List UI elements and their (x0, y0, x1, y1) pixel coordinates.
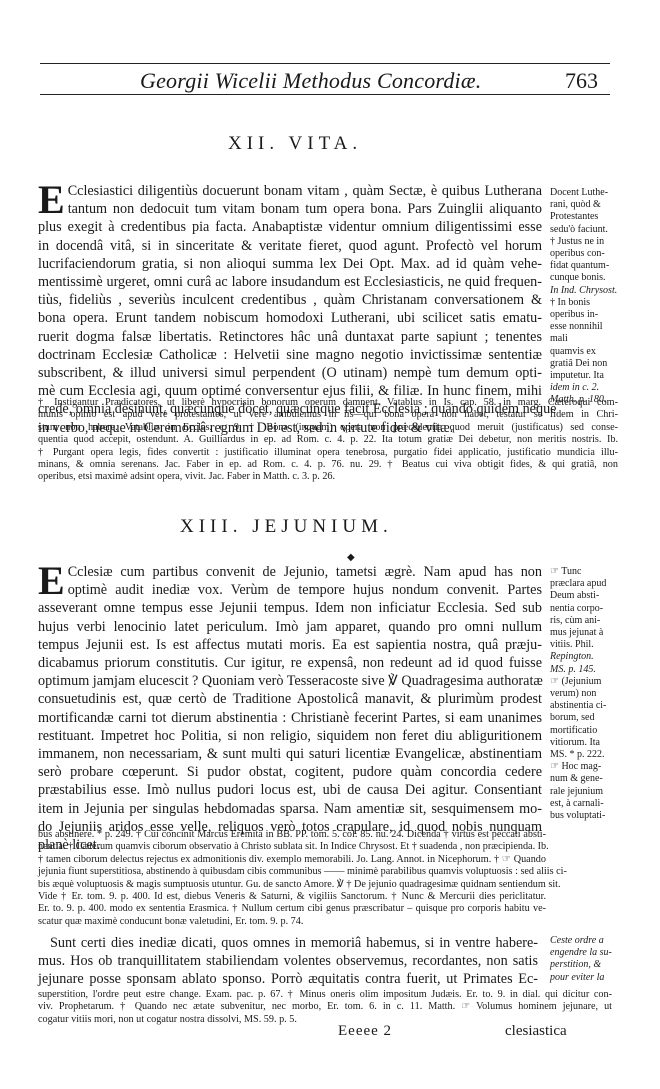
text-line: Sunt certi dies inediæ dicati, quos omne… (38, 934, 538, 952)
section-xii-footnotes: † Instigantur Prædicatores, ut liberè hy… (38, 397, 618, 484)
footnote-line: munis opinio est apud verè protestantes,… (38, 409, 618, 421)
footnote-line: Vide † Er. tom. 9. p. 400. Id est, diebu… (38, 891, 546, 903)
text-line: tantum non dedocuit tum vitam bonam tum … (38, 200, 542, 218)
margin-note: Deum absti- (550, 590, 656, 602)
margin-note: vitiis. Phil. (550, 639, 656, 651)
continuation-footnotes: superstition, l'ordre peut estre change.… (38, 989, 612, 1026)
margin-note: vitiorum. Ita (550, 737, 656, 749)
footnote-line: superstition, l'ordre peut estre change.… (38, 989, 612, 1001)
text-line: præstabilius esse. Imò nullus pudori loc… (38, 781, 542, 799)
margin-note: imputetur. Ita (550, 370, 656, 382)
text-line: doctrinam Ecclesiæ Catholicæ : Helvetii … (38, 346, 542, 364)
footnote-line: operibus, etsi maximè adsint opera, vivi… (38, 471, 618, 483)
text-line: restituant. Impetret hoc Politia, si non… (38, 727, 542, 745)
margin-note: mali (550, 333, 656, 345)
text-line: optimum jamjam elucescit ? Quoniam verò … (38, 672, 542, 690)
margin-note: In Ind. Chrysost. (550, 285, 656, 297)
footnote-line: viv. Prophetarum. † Quando nec ætate sub… (38, 1001, 612, 1013)
text-line: hujus verbi lenocinio latet periculum. I… (38, 618, 542, 636)
text-line: mus. Hos ob tranquillitatem stabiliendam… (38, 952, 538, 970)
header-bottom-rule (40, 94, 610, 95)
margin-note: gratiâ Dei non (550, 358, 656, 370)
text-line: optimè audit inediæ vox. Verùm de tempor… (38, 581, 542, 599)
margin-note: engendre la su- (550, 947, 660, 959)
margin-note: rale jejunium (550, 786, 656, 798)
margin-note: operibus in- (550, 309, 656, 321)
ornament-mark: ◆ (347, 552, 355, 563)
page-number: 763 (565, 68, 598, 94)
margin-note: sedu'ò faciunt. (550, 224, 656, 236)
footnote-line: † Instigantur Prædicatores, ut liberè hy… (38, 397, 618, 409)
margin-note: idem in c. 2. (550, 382, 656, 394)
text-line: bona opera. Erunt tandem nobiscum homodo… (38, 309, 542, 327)
section-xiii-body: E Cclesiæ cum partibus convenit de Jejun… (38, 563, 542, 854)
margin-note: ☞ Tunc (550, 566, 656, 578)
text-line: mentissimè urgeret, omni curâ ac labore … (38, 273, 542, 291)
drop-cap: E (38, 565, 65, 597)
text-line: consuetudinis est, quæ certò de Traditio… (38, 690, 542, 708)
section-heading-jejunium: XIII. JEJUNIUM. (180, 516, 393, 538)
margin-note: Repington. (550, 651, 656, 663)
margin-note: MS. p. 145. (550, 664, 656, 676)
margin-note: ☞ Hoc mag- (550, 761, 656, 773)
footnote-line: quentia quod accepit, ostendunt. A. Guil… (38, 434, 618, 446)
text-line: immanem, non necessariam, & sunt multi q… (38, 745, 542, 763)
section-heading-vita: XII. VITA. (228, 133, 362, 155)
footnote-line: bis æquè voluptuosis & magis sumptuosis … (38, 879, 546, 891)
text-line: dicabamus priorum constitutis. Cur igitu… (38, 654, 542, 672)
footnote-line: minans, & omnia serenans. Jac. Faber in … (38, 459, 618, 471)
margin-note: borum, sed (550, 712, 656, 724)
section-xiii-footnotes: bus abstinere. * p. 249. † Cui concinit … (38, 829, 546, 928)
text-line: Cclesiæ cum partibus convenit de Jejunio… (38, 563, 542, 581)
section-xii-margin-notes: Docent Luthe- rani, quòd & Protestantes … (550, 187, 656, 407)
text-line: serò probare cœperunt. Si pudor obstat, … (38, 763, 542, 781)
margin-note: Docent Luthe- (550, 187, 656, 199)
margin-note: pour eviter la (550, 972, 660, 984)
margin-note: perstition, & (550, 959, 660, 971)
text-line: in docendâ vitâ, si in sinceritate & ver… (38, 237, 542, 255)
footnote-line: jejunia fiunt superstitiosa, abstinendo … (38, 866, 546, 878)
margin-note: num & gene- (550, 773, 656, 785)
footnote-line: stum non habere. Vatablus in Eccles. c. … (38, 422, 618, 434)
margin-note: † Justus ne in (550, 236, 656, 248)
text-line: ruerit dogma falsæ libertatis. Retinctor… (38, 328, 542, 346)
footnote-line: scatur quæ maximè conducunt bonæ valetud… (38, 916, 546, 928)
footnote-line: † tamen ciborum delectus rejectus ex adm… (38, 854, 546, 866)
margin-note: præclara apud (550, 578, 656, 590)
margin-note: quamvis ex (550, 346, 656, 358)
text-line: mortificandæ carni tot dierum abstinenti… (38, 709, 542, 727)
margin-note: mortificatio (550, 725, 656, 737)
margin-note: fidat quantum- (550, 260, 656, 272)
footnote-line: Er. to. 9. p. 400. modo ex sententia Era… (38, 903, 546, 915)
footnote-line: nentia. † Cæterum quamvis ciborum observ… (38, 841, 546, 853)
margin-note: operibus con- (550, 248, 656, 260)
footnote-line: bus abstinere. * p. 249. † Cui concinit … (38, 829, 546, 841)
text-line: Cclesiastici diligentiùs docuerunt bonam… (38, 182, 542, 200)
margin-note: rani, quòd & (550, 199, 656, 211)
section-xiii-margin-notes: ☞ Tunc præclara apud Deum absti- nentia … (550, 566, 656, 822)
margin-note: verum) non (550, 688, 656, 700)
text-line: subscribent, & illud universi simul perp… (38, 364, 542, 382)
margin-note: ris, cùm ani- (550, 615, 656, 627)
text-line: jejunare posse sponsam ablato sponso. Po… (38, 970, 538, 988)
catchword: clesiastica (505, 1023, 567, 1040)
continuation-margin-notes: Ceste ordre a engendre la su- perstition… (550, 935, 660, 984)
margin-note: † In bonis (550, 297, 656, 309)
margin-note: esse nonnihil (550, 321, 656, 333)
margin-note: nentia corpo- (550, 603, 656, 615)
margin-note: Ceste ordre a (550, 935, 660, 947)
margin-note: MS. * p. 222. (550, 749, 656, 761)
margin-note: cunque bonis. (550, 272, 656, 284)
text-line: lucrifaciendorum gratia, si non alioqui … (38, 255, 542, 273)
margin-note: abstinentia ci- (550, 700, 656, 712)
margin-note: Protestantes (550, 211, 656, 223)
margin-note: ☞ (Jejunium (550, 676, 656, 688)
continuation-body: Sunt certi dies inediæ dicati, quos omne… (38, 934, 538, 989)
margin-note: est, à carnali- (550, 798, 656, 810)
signature-mark: Eeeee 2 (338, 1023, 392, 1040)
text-line: plus exegit à credentibus pia facta. Ana… (38, 218, 542, 236)
margin-note: mus jejunat à (550, 627, 656, 639)
text-line: tempus Jejunii est. Is est affectus muta… (38, 636, 542, 654)
text-line: tiùs, fideliùs , severiùs inculcent cred… (38, 291, 542, 309)
text-line: asseverant omne tempus esse Jejunii temp… (38, 599, 542, 617)
footnote-line: † Purgant opera legis, fides convertit :… (38, 447, 618, 459)
book-page: Georgii Wicelii Methodus Concordiæ. 763 … (0, 0, 660, 1089)
text-line: item in Jejunia per singulas hebdomadas … (38, 800, 542, 818)
drop-cap: E (38, 184, 65, 216)
running-head-title: Georgii Wicelii Methodus Concordiæ. (140, 68, 481, 94)
margin-note: bus voluptati- (550, 810, 656, 822)
